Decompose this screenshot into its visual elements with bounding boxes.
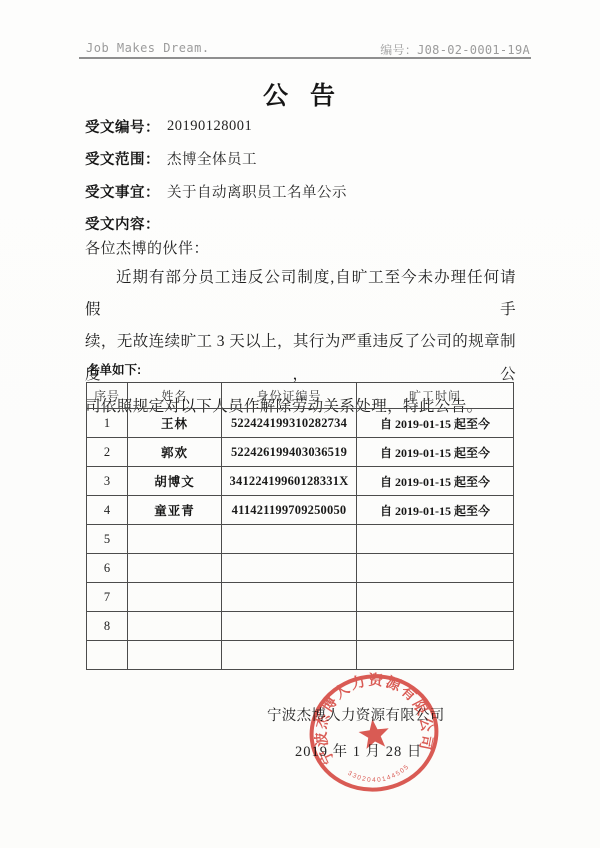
list-intro-label: 名单如下: bbox=[87, 360, 141, 378]
col-header-absence: 旷工时间 bbox=[357, 383, 514, 409]
meta-row-doc-number: 受文编号： 20190128001 bbox=[85, 110, 347, 143]
cell-id bbox=[222, 612, 357, 641]
cell-absence-time: 自 2019-01-15 起至今 bbox=[357, 409, 514, 438]
svg-text:宁波杰博人力资源有限公司: 宁波杰博人力资源有限公司 bbox=[306, 671, 438, 768]
cell-seq: 6 bbox=[87, 554, 128, 583]
header-slogan: Job Makes Dream. bbox=[86, 41, 210, 55]
stamp-star-icon bbox=[357, 717, 391, 749]
table-row: 8 bbox=[87, 612, 514, 641]
meta-row-scope: 受文范围： 杰博全体员工 bbox=[85, 143, 347, 176]
cell-name bbox=[128, 583, 222, 612]
cell-seq: 7 bbox=[87, 583, 128, 612]
cell-absence-time bbox=[357, 554, 514, 583]
paragraph-line: 近期有部分员工违反公司制度,自旷工至今未办理任何请假手 bbox=[85, 262, 516, 326]
meta-label: 受文范围： bbox=[85, 148, 160, 169]
cell-id: 34122419960128331X bbox=[222, 467, 357, 496]
table-row: 1 王林 522424199310282734 自 2019-01-15 起至今 bbox=[87, 409, 514, 438]
meta-value: 杰博全体员工 bbox=[167, 148, 257, 169]
meta-row-content: 受文内容： bbox=[85, 208, 347, 241]
cell-name: 郭欢 bbox=[128, 438, 222, 467]
absentee-roster-table: 序号 姓名 身份证编号 旷工时间 1 王林 522424199310282734… bbox=[86, 382, 514, 670]
table-header-row: 序号 姓名 身份证编号 旷工时间 bbox=[87, 383, 514, 409]
cell-absence-time: 自 2019-01-15 起至今 bbox=[357, 467, 514, 496]
cell-id: 522424199310282734 bbox=[222, 409, 357, 438]
cell-seq: 5 bbox=[87, 525, 128, 554]
col-header-seq: 序号 bbox=[87, 383, 128, 409]
header-divider-line bbox=[79, 57, 531, 59]
meta-label: 受文事宜： bbox=[85, 181, 160, 202]
cell-absence-time bbox=[357, 612, 514, 641]
doc-number-label: 编号： bbox=[380, 43, 417, 57]
cell-id: 522426199403036519 bbox=[222, 438, 357, 467]
table-row: 3 胡博文 34122419960128331X 自 2019-01-15 起至… bbox=[87, 467, 514, 496]
cell-id bbox=[222, 554, 357, 583]
cell-absence-time bbox=[357, 583, 514, 612]
cell-id: 411421199709250050 bbox=[222, 496, 357, 525]
meta-row-subject: 受文事宜： 关于自动离职员工名单公示 bbox=[85, 175, 347, 208]
col-header-name: 姓名 bbox=[128, 383, 222, 409]
header-doc-number: 编号：J08-02-0001-19A bbox=[380, 41, 530, 58]
table-row: 6 bbox=[87, 554, 514, 583]
cell-id bbox=[222, 525, 357, 554]
cell-seq: 2 bbox=[87, 438, 128, 467]
cell-name: 童亚青 bbox=[128, 496, 222, 525]
cell-absence-time: 自 2019-01-15 起至今 bbox=[357, 496, 514, 525]
cell-name: 王林 bbox=[128, 409, 222, 438]
cell-absence-time bbox=[357, 525, 514, 554]
cell-absence-time bbox=[357, 641, 514, 670]
cell-seq: 1 bbox=[87, 409, 128, 438]
cell-id bbox=[222, 583, 357, 612]
page-title: 公 告 bbox=[0, 76, 600, 112]
cell-seq: 8 bbox=[87, 612, 128, 641]
doc-number-value: J08-02-0001-19A bbox=[417, 43, 530, 57]
meta-value: 关于自动离职员工名单公示 bbox=[167, 181, 347, 202]
meta-section: 受文编号： 20190128001 受文范围： 杰博全体员工 受文事宜： 关于自… bbox=[85, 110, 347, 240]
meta-label: 受文编号： bbox=[85, 116, 160, 137]
cell-name bbox=[128, 641, 222, 670]
cell-seq: 3 bbox=[87, 467, 128, 496]
table-row: 2 郭欢 522426199403036519 自 2019-01-15 起至今 bbox=[87, 438, 514, 467]
cell-name bbox=[128, 612, 222, 641]
table-row: 4 童亚青 411421199709250050 自 2019-01-15 起至… bbox=[87, 496, 514, 525]
cell-name bbox=[128, 525, 222, 554]
cell-name: 胡博文 bbox=[128, 467, 222, 496]
table-row: 5 bbox=[87, 525, 514, 554]
cell-seq bbox=[87, 641, 128, 670]
cell-name bbox=[128, 554, 222, 583]
salutation-line: 各位杰博的伙伴： bbox=[85, 237, 209, 258]
cell-seq: 4 bbox=[87, 496, 128, 525]
meta-label: 受文内容： bbox=[85, 213, 160, 234]
col-header-id: 身份证编号 bbox=[222, 383, 357, 409]
cell-id bbox=[222, 641, 357, 670]
cell-absence-time: 自 2019-01-15 起至今 bbox=[357, 438, 514, 467]
stamp-ring-text: 宁波杰博人力资源有限公司 bbox=[306, 671, 438, 768]
meta-value: 20190128001 bbox=[167, 118, 252, 135]
company-seal-stamp: 宁波杰博人力资源有限公司 3302040144505 bbox=[306, 671, 442, 795]
table-row bbox=[87, 641, 514, 670]
table-row: 7 bbox=[87, 583, 514, 612]
announcement-document-page: Job Makes Dream. 编号：J08-02-0001-19A 公 告 … bbox=[0, 0, 600, 848]
